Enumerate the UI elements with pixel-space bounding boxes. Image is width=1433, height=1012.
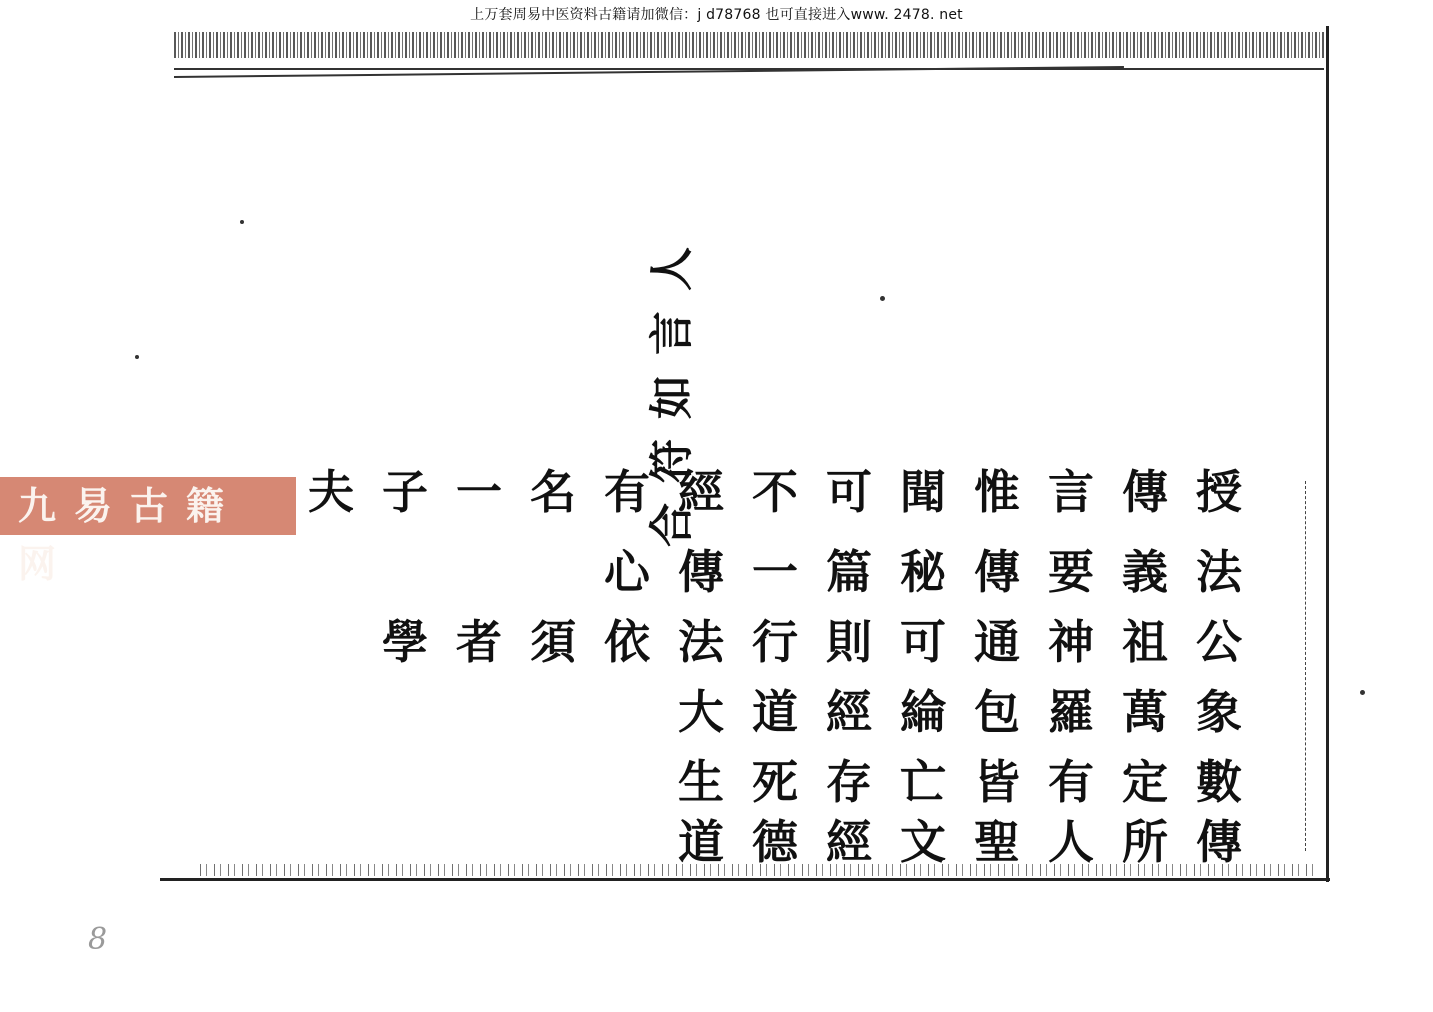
scan-speck [240, 220, 244, 224]
document-text-body: 人言如符合 夫子一名有經不可聞惟言傳授 心傳一篇秘傳要義法 學者須依法行則可通神… [160, 370, 1270, 850]
scan-speck [1360, 690, 1365, 695]
text-row-top: 人言如符合 [520, 370, 840, 434]
right-border [1326, 26, 1329, 882]
text-line: 心傳一篇秘傳要義法 [604, 540, 1270, 604]
scan-speck [135, 355, 139, 359]
text-line: 學者須依法行則可通神祖公 [382, 610, 1270, 674]
text-row: 心傳一篇秘傳要義法 [604, 540, 1270, 604]
text-line: 道德經文聖人所傳 [678, 810, 1270, 874]
text-line: 生死存亡皆有定數 [678, 750, 1270, 814]
handwritten-page-number: 8 [88, 922, 107, 957]
text-row: 學者須依法行則可通神祖公 [382, 610, 1270, 674]
scan-speck [880, 296, 885, 301]
text-row: 道德經文聖人所傳 [678, 810, 1270, 874]
bottom-border [160, 878, 1330, 881]
header-notice: 上万套周易中医资料古籍请加微信：j d78768 也可直接进入www. 2478… [0, 4, 1433, 24]
text-row: 夫子一名有經不可聞惟言傳授 [308, 460, 1270, 524]
column-divider [1305, 481, 1307, 851]
text-line: 夫子一名有經不可聞惟言傳授 [308, 460, 1270, 524]
text-row: 大道經綸包羅萬象 [678, 680, 1270, 744]
text-line: 大道經綸包羅萬象 [678, 680, 1270, 744]
top-decorative-band [174, 32, 1324, 58]
text-row: 生死存亡皆有定數 [678, 750, 1270, 814]
site-watermark: 九易古籍网 [0, 477, 296, 535]
